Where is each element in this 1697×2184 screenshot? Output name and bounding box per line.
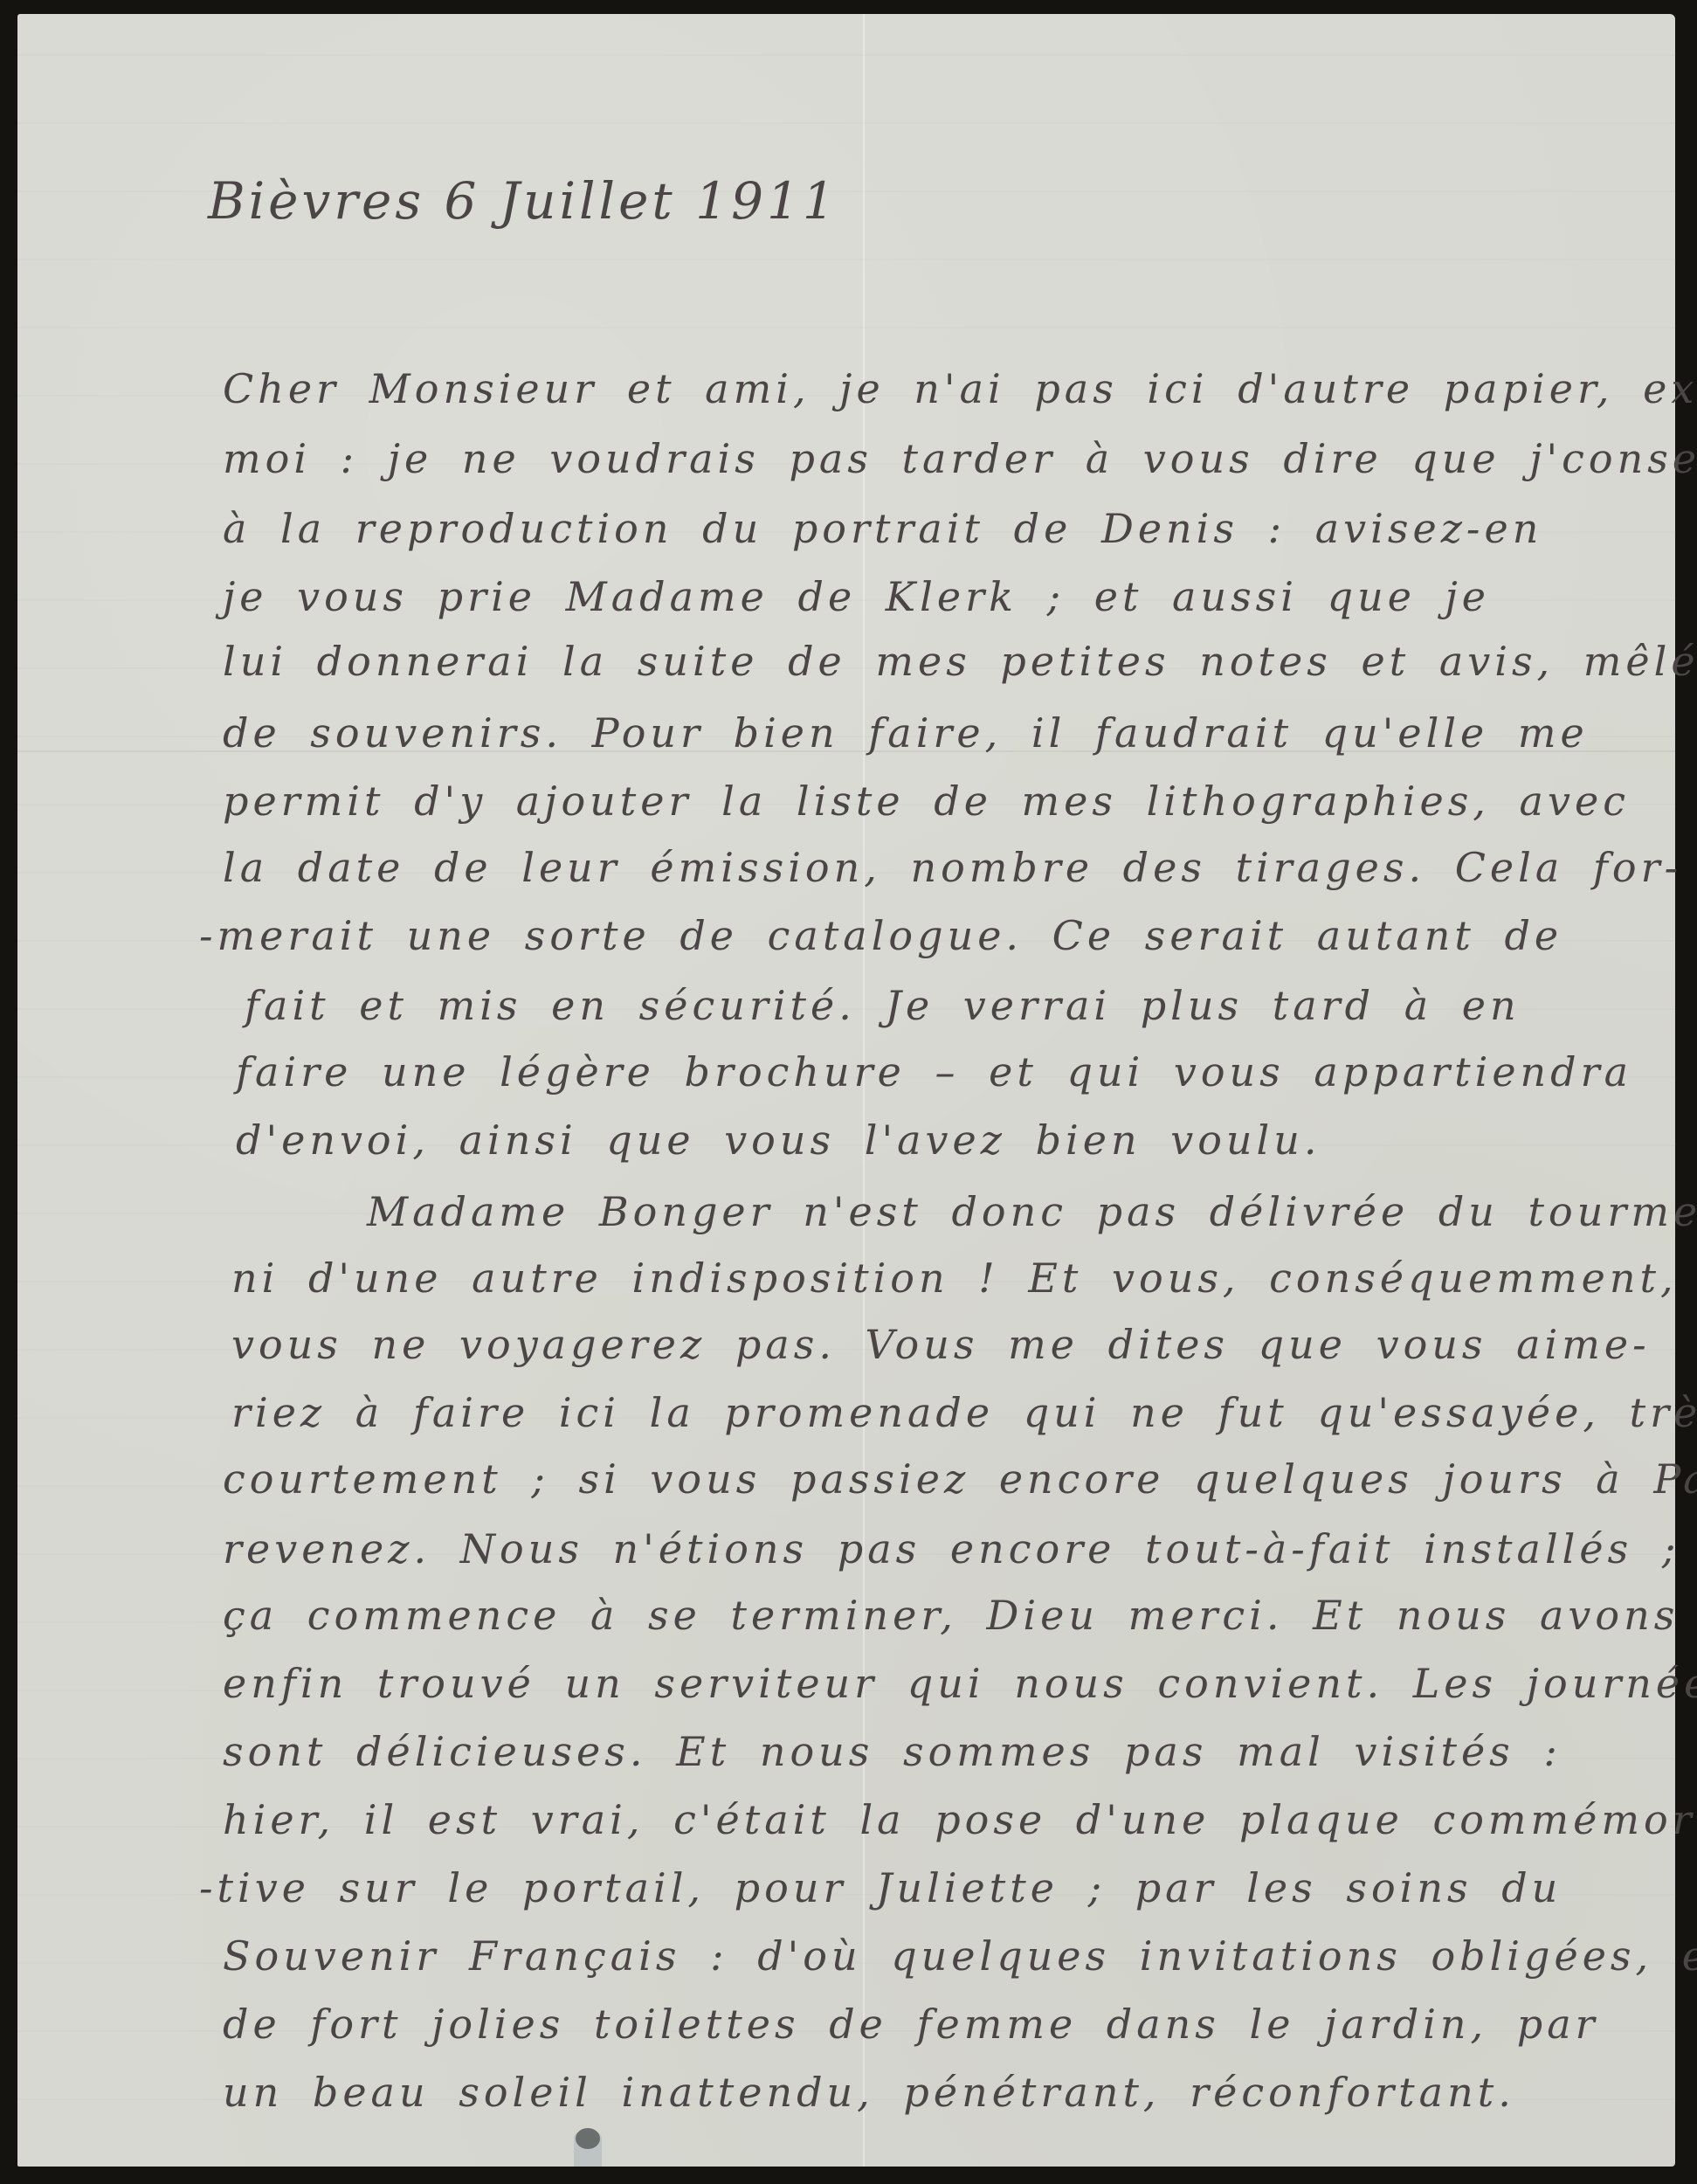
letter-line: courtement ; si vous passiez encore quel… <box>223 1455 1697 1503</box>
letter-line: revenez. Nous n'étions pas encore tout-à… <box>223 1525 1680 1572</box>
letter-line: Cher Monsieur et ami, je n'ai pas ici d'… <box>223 365 1697 412</box>
letter-line-with-underline: Souvenir Français : d'où quelques invita… <box>223 1932 1697 1980</box>
letter-line: hier, il est vrai, c'était la pose d'une… <box>223 1796 1697 1843</box>
letter-line: -tive sur le portail, pour Juliette ; pa… <box>199 1864 1562 1911</box>
letter-line: sont délicieuses. Et nous sommes pas mal… <box>223 1728 1562 1775</box>
letter-line: enfin trouvé un serviteur qui nous convi… <box>223 1660 1697 1707</box>
letter-line: fait et mis en sécurité. Je verrai plus … <box>245 982 1521 1029</box>
letter-line: ni d'une autre indisposition ! Et vous, … <box>231 1254 1678 1302</box>
letter-line: permit d'y ajouter la liste de mes litho… <box>223 778 1630 825</box>
letter-line: un beau soleil inattendu, pénétrant, réc… <box>223 2069 1515 2116</box>
letter-line: vous ne voyagerez pas. Vous me dites que… <box>231 1321 1651 1368</box>
letter-date-heading: Bièvres 6 Juillet 1911 <box>208 171 838 231</box>
letter-line: lui donnerai la suite de mes petites not… <box>223 638 1697 685</box>
letter-line: moi : je ne voudrais pas tarder à vous d… <box>223 435 1697 482</box>
letter-line: de souvenirs. Pour bien faire, il faudra… <box>223 709 1589 757</box>
ink-dot-mark <box>576 2128 600 2149</box>
letter-line: la date de leur émission, nombre des tir… <box>223 844 1682 891</box>
letter-line: d'envoi, ainsi que vous l'avez bien voul… <box>236 1116 1321 1164</box>
letter-line: ça commence à se terminer, Dieu merci. E… <box>223 1592 1679 1639</box>
letter-line: Madame Bonger n'est donc pas délivrée du… <box>367 1188 1697 1235</box>
letter-line: faire une légère brochure – et qui vous … <box>236 1048 1632 1095</box>
letter-line: je vous prie Madame de Klerk ; et aussi … <box>223 573 1490 620</box>
scan-background: Bièvres 6 Juillet 1911 Cher Monsieur et … <box>0 0 1697 2184</box>
letter-line: de fort jolies toilettes de femme dans l… <box>223 2001 1599 2048</box>
letter-line: riez à faire ici la promenade qui ne fut… <box>231 1389 1697 1436</box>
letter-line: à la reproduction du portrait de Denis :… <box>223 505 1542 552</box>
letter-line: -merait une sorte de catalogue. Ce serai… <box>199 912 1562 959</box>
